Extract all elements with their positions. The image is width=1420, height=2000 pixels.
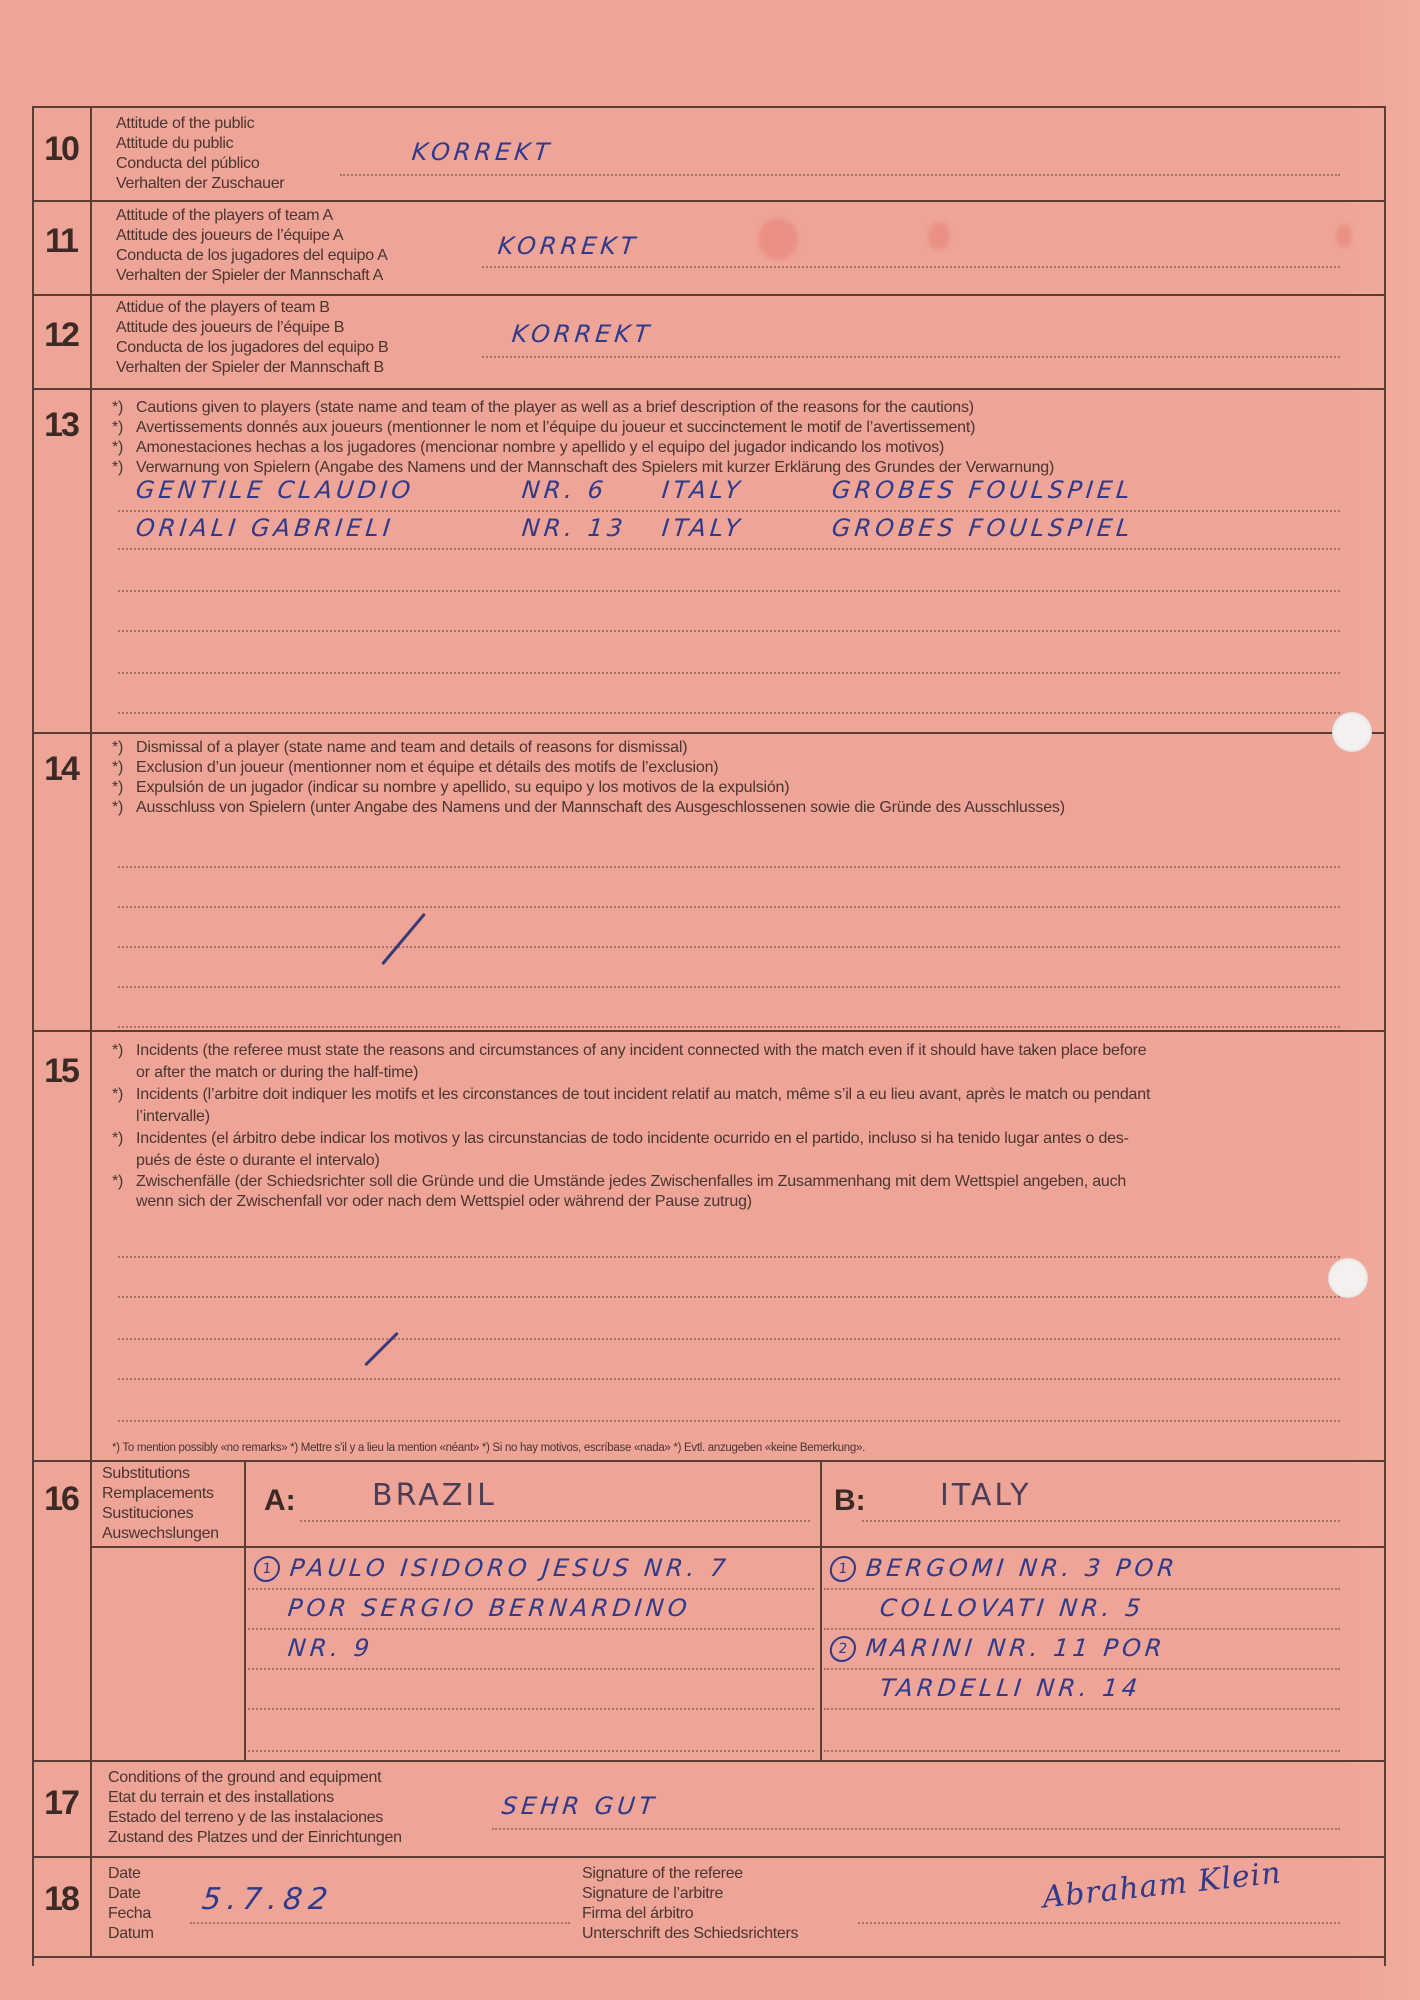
label-en: Cautions given to players (state name an…: [136, 398, 1352, 418]
footnote-marker: *): [112, 398, 136, 418]
answer-line: [118, 1026, 1340, 1028]
answer-line: [862, 1520, 1340, 1522]
caution-player-team: ITALY: [661, 476, 746, 504]
section-number: 18: [32, 1858, 92, 1956]
label-en-cont: or after the match or during the half-ti…: [136, 1064, 418, 1081]
answer-line: [118, 510, 1340, 512]
section-13: 13 *)Cautions given to players (state na…: [32, 388, 1386, 734]
team-a-attitude-value[interactable]: KORREKT: [497, 232, 641, 260]
footnote-marker: *): [112, 798, 136, 818]
answer-line: [824, 1750, 1340, 1752]
label-de: Verhalten der Spieler der Mannschaft A: [116, 266, 387, 286]
answer-line: [824, 1668, 1340, 1670]
label-fr-cont: l’intervalle): [136, 1108, 210, 1125]
section-16: 16 Substitutions Remplacements Sustituci…: [32, 1460, 1386, 1762]
substitution-line[interactable]: COLLOVATI NR. 5: [879, 1594, 1146, 1622]
answer-line: [482, 356, 1340, 358]
divider: [820, 1462, 822, 1760]
label-de: Datum: [108, 1924, 154, 1944]
label-en: Attitude of the players of team A: [116, 206, 387, 226]
section-number: 15: [32, 1032, 92, 1462]
substitution-line[interactable]: 1BERGOMI NR. 3 POR: [829, 1554, 1180, 1582]
section-13-labels: *)Cautions given to players (state name …: [112, 398, 1352, 478]
section-number-text: 11: [32, 222, 90, 261]
substitution-text: NR. 9: [287, 1634, 375, 1662]
label-en: Substitutions: [102, 1464, 219, 1484]
signature-labels: Signature of the referee Signature de l’…: [582, 1864, 798, 1944]
remarks-footnote: *) To mention possibly «no remarks» *) M…: [112, 1442, 865, 1454]
label-es: Estado del terreno y de las instalacione…: [108, 1808, 402, 1828]
section-number-text: 13: [32, 406, 90, 445]
caution-player-name: ORIALI GABRIELI: [135, 514, 396, 542]
label-fr: Incidents (l’arbitre doit indiquer les m…: [136, 1086, 1150, 1103]
section-10-labels: Attitude of the public Attitude du publi…: [116, 114, 284, 194]
substitution-line[interactable]: 2MARINI NR. 11 POR: [829, 1634, 1168, 1662]
answer-line: [858, 1922, 1340, 1924]
answer-line: [248, 1668, 814, 1670]
label-de: Unterschrift des Schiedsrichters: [582, 1924, 798, 1944]
referee-signature[interactable]: Abraham Klein: [1041, 1856, 1283, 1916]
label-en: Date: [108, 1864, 154, 1884]
section-number: 16: [32, 1462, 92, 1762]
section-number: 14: [32, 734, 92, 1032]
answer-line: [118, 548, 1340, 550]
section-number-text: 15: [32, 1052, 90, 1091]
section-number-text: 18: [32, 1880, 90, 1919]
answer-line: [248, 1588, 814, 1590]
caution-player-team: ITALY: [661, 514, 746, 542]
section-number-text: 12: [32, 316, 90, 355]
referee-report-form: 10 Attitude of the public Attitude du pu…: [32, 106, 1386, 1966]
label-es: Fecha: [108, 1904, 154, 1924]
substitution-text: POR SERGIO BERNARDINO: [287, 1594, 693, 1622]
substitution-text: BERGOMI NR. 3 POR: [865, 1554, 1180, 1582]
answer-line: [118, 712, 1340, 714]
substitution-line[interactable]: NR. 9: [287, 1634, 375, 1662]
caution-player-name: GENTILE CLAUDIO: [135, 476, 416, 504]
section-number: 12: [32, 296, 92, 390]
answer-line: [118, 1338, 1340, 1340]
label-fr: Date: [108, 1884, 154, 1904]
section-15: 15 *)Incidents (the referee must state t…: [32, 1030, 1386, 1462]
section-12: 12 Attidue of the players of team B Atti…: [32, 294, 1386, 390]
label-fr: Remplacements: [102, 1484, 219, 1504]
label-en: Attidue of the players of team B: [116, 298, 388, 318]
team-a-name[interactable]: BRAZIL: [372, 1478, 497, 1513]
label-es: Amonestaciones hechas a los jugadores (m…: [136, 438, 1352, 458]
answer-line: [248, 1750, 814, 1752]
label-de: Zustand des Platzes und der Einrichtunge…: [108, 1828, 402, 1848]
label-fr: Attitude du public: [116, 134, 284, 154]
footnote-marker: *): [112, 1128, 136, 1172]
section-number: 13: [32, 390, 92, 734]
label-es: Conducta de los jugadores del equipo B: [116, 338, 388, 358]
footnote-marker: *): [112, 458, 136, 478]
label-es-cont: pués de éste o durante el intervalo): [136, 1152, 380, 1169]
answer-line: [118, 630, 1340, 632]
answer-line: [824, 1588, 1340, 1590]
team-a-label: A:: [264, 1484, 296, 1518]
label-de: Ausschluss von Spielern (unter Angabe de…: [136, 798, 1352, 818]
section-15-labels: *)Incidents (the referee must state the …: [112, 1040, 1352, 1212]
footnote-marker: *): [112, 778, 136, 798]
section-17: 17 Conditions of the ground and equipmen…: [32, 1760, 1386, 1858]
label-es: Conducta de los jugadores del equipo A: [116, 246, 387, 266]
answer-line: [340, 174, 1340, 176]
label-en: Attitude of the public: [116, 114, 284, 134]
section-11-labels: Attitude of the players of team A Attitu…: [116, 206, 387, 286]
section-number-text: 14: [32, 750, 90, 789]
label-en: Signature of the referee: [582, 1864, 798, 1884]
footnote-marker: *): [112, 438, 136, 458]
answer-line: [118, 946, 1340, 948]
section-number-text: 10: [32, 130, 90, 169]
substitution-line[interactable]: POR SERGIO BERNARDINO: [287, 1594, 693, 1622]
label-en: Conditions of the ground and equipment: [108, 1768, 402, 1788]
team-b-label: B:: [834, 1484, 866, 1518]
substitution-text: MARINI NR. 11 POR: [865, 1634, 1168, 1662]
public-attitude-value[interactable]: KORREKT: [411, 138, 555, 166]
substitution-number-badge: 1: [253, 1556, 282, 1582]
substitution-line[interactable]: 1PAULO ISIDORO JESUS NR. 7: [253, 1554, 731, 1582]
answer-line: [248, 1628, 814, 1630]
label-es: Firma del árbitro: [582, 1904, 798, 1924]
substitution-line[interactable]: TARDELLI NR. 14: [879, 1674, 1143, 1702]
section-number: 11: [32, 202, 92, 296]
section-14: 14 *)Dismissal of a player (state name a…: [32, 732, 1386, 1032]
section-12-labels: Attidue of the players of team B Attitud…: [116, 298, 388, 378]
label-de-cont: wenn sich der Zwischenfall vor oder nach…: [136, 1193, 752, 1210]
answer-line: [300, 1520, 810, 1522]
substitution-text: COLLOVATI NR. 5: [879, 1594, 1146, 1622]
answer-line: [118, 986, 1340, 988]
section-17-labels: Conditions of the ground and equipment E…: [108, 1768, 402, 1848]
caution-reason: GROBES FOULSPIEL: [831, 476, 1136, 504]
substitution-text: TARDELLI NR. 14: [879, 1674, 1143, 1702]
label-fr: Etat du terrain et des installations: [108, 1788, 402, 1808]
label-es: Sustituciones: [102, 1504, 219, 1524]
answer-line: [482, 266, 1340, 268]
label-en: Incidents (the referee must state the re…: [136, 1042, 1147, 1059]
label-fr: Attitude des joueurs de l’équipe A: [116, 226, 387, 246]
punch-hole: [1332, 712, 1372, 752]
ground-condition-value[interactable]: SEHR GUT: [501, 1792, 660, 1820]
label-de: Verwarnung von Spielern (Angabe des Name…: [136, 458, 1352, 478]
footnote-marker: *): [112, 758, 136, 778]
label-fr: Exclusion d’un joueur (mentionner nom et…: [136, 758, 1352, 778]
label-fr: Signature de l’arbitre: [582, 1884, 798, 1904]
divider: [244, 1462, 246, 1760]
label-es: Incidentes (el árbitro debe indicar los …: [136, 1130, 1129, 1147]
answer-line: [118, 866, 1340, 868]
date-labels: Date Date Fecha Datum: [108, 1864, 154, 1944]
caution-player-number: NR. 6: [521, 476, 609, 504]
section-number-text: 16: [32, 1480, 90, 1519]
section-11: 11 Attitude of the players of team A Att…: [32, 200, 1386, 296]
footnote-marker: *): [112, 1084, 136, 1128]
label-en: Dismissal of a player (state name and te…: [136, 738, 1352, 758]
caution-player-number: NR. 13: [521, 514, 628, 542]
answer-line: [118, 1296, 1340, 1298]
answer-line: [118, 1420, 1340, 1422]
label-de: Verhalten der Zuschauer: [116, 174, 284, 194]
date-value[interactable]: 5.7.82: [200, 1882, 335, 1917]
footnote-marker: *): [112, 418, 136, 438]
team-b-attitude-value[interactable]: KORREKT: [511, 320, 655, 348]
section-10: 10 Attitude of the public Attitude du pu…: [32, 106, 1386, 202]
answer-line: [118, 672, 1340, 674]
substitution-number-badge: 2: [829, 1636, 858, 1662]
section-18: 18 Date Date Fecha Datum 5.7.82 Signatur…: [32, 1856, 1386, 1958]
section-number: 10: [32, 108, 92, 202]
section-16-labels: Substitutions Remplacements Sustitucione…: [102, 1464, 219, 1544]
answer-line: [190, 1922, 570, 1924]
section-number-text: 17: [32, 1784, 90, 1823]
team-b-name[interactable]: ITALY: [940, 1478, 1031, 1513]
label-de: Verhalten der Spieler der Mannschaft B: [116, 358, 388, 378]
label-de: Auswechslungen: [102, 1524, 219, 1544]
answer-line: [824, 1708, 1340, 1710]
answer-line: [118, 1256, 1340, 1258]
answer-line: [118, 590, 1340, 592]
section-14-labels: *)Dismissal of a player (state name and …: [112, 738, 1352, 818]
answer-line: [824, 1628, 1340, 1630]
answer-line: [118, 906, 1340, 908]
answer-line: [492, 1828, 1340, 1830]
label-fr: Avertissements donnés aux joueurs (menti…: [136, 418, 1352, 438]
section-number: 17: [32, 1762, 92, 1858]
footnote-marker: *): [112, 1172, 136, 1212]
divider: [92, 1546, 1386, 1548]
punch-hole: [1328, 1258, 1368, 1298]
label-de: Zwischenfälle (der Schiedsrichter soll d…: [136, 1173, 1126, 1190]
caution-reason: GROBES FOULSPIEL: [831, 514, 1136, 542]
answer-line: [248, 1708, 814, 1710]
label-es: Conducta del público: [116, 154, 284, 174]
label-fr: Attitude des joueurs de l’équipe B: [116, 318, 388, 338]
footnote-marker: *): [112, 1040, 136, 1084]
footnote-marker: *): [112, 738, 136, 758]
label-es: Expulsión de un jugador (indicar su nomb…: [136, 778, 1352, 798]
answer-line: [118, 1378, 1340, 1380]
substitution-number-badge: 1: [829, 1556, 858, 1582]
substitution-text: PAULO ISIDORO JESUS NR. 7: [289, 1554, 731, 1582]
